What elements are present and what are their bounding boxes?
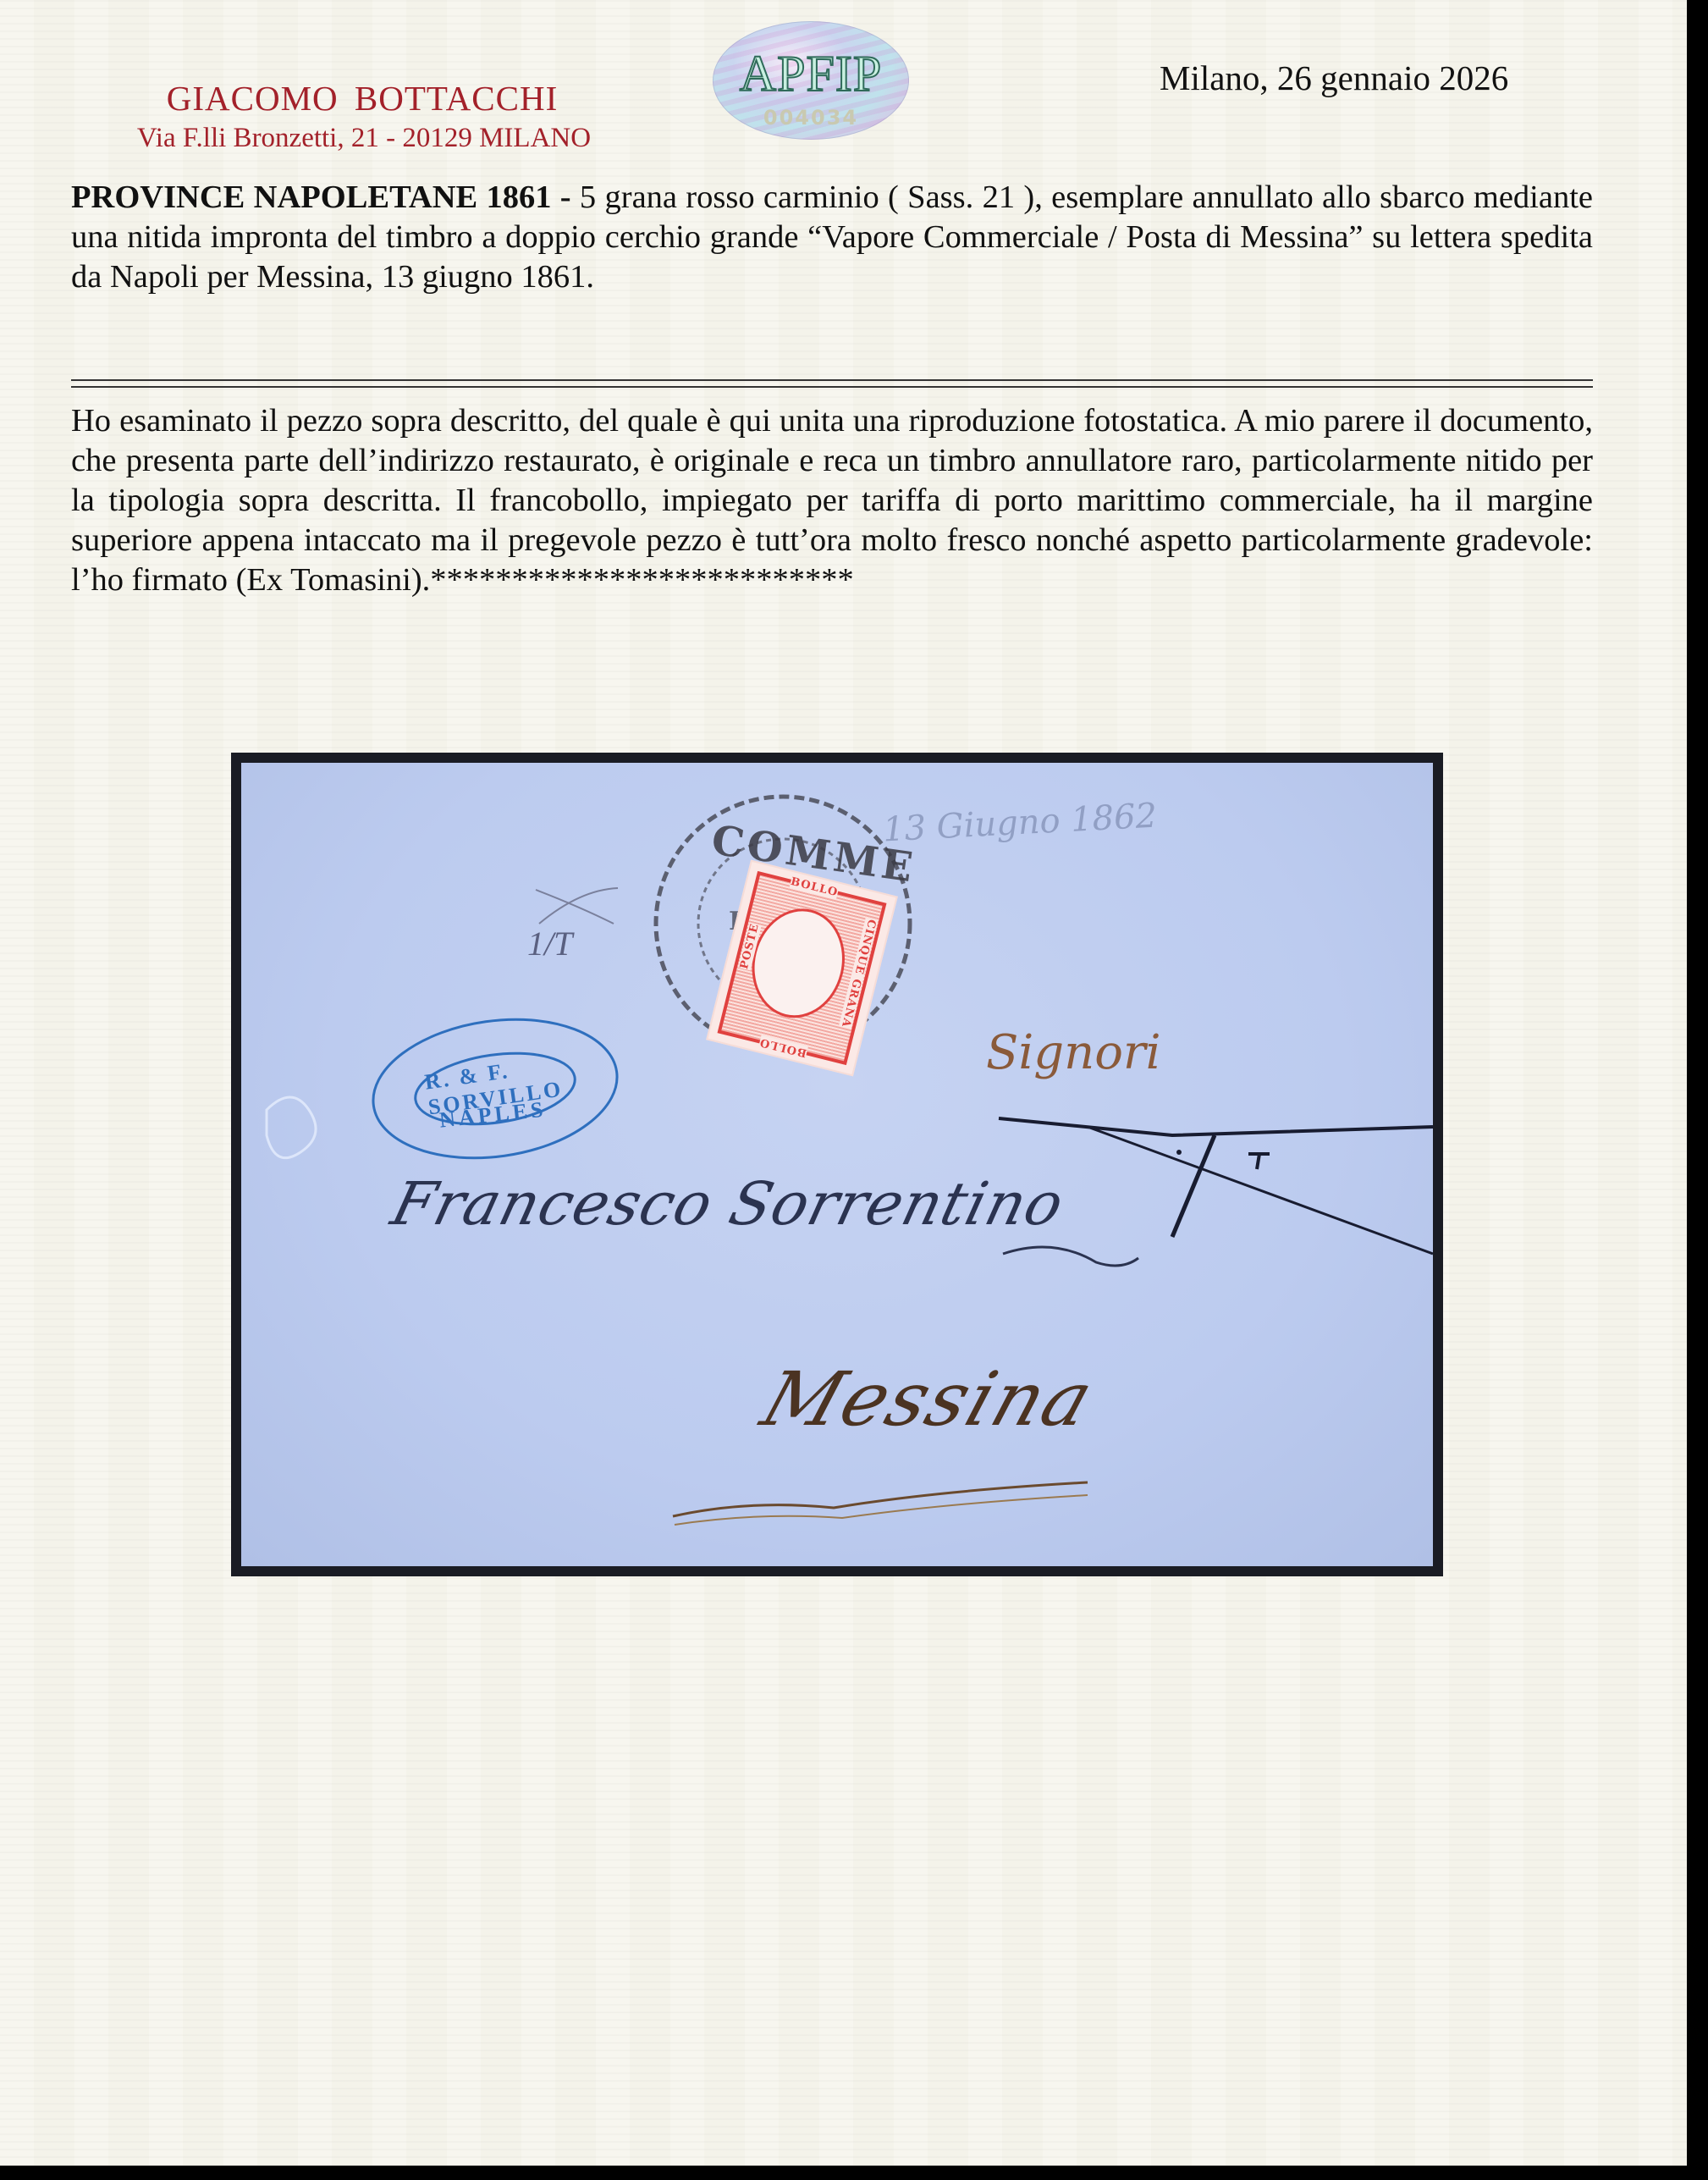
item-description: PROVINCE NAPOLETANE 1861 - 5 grana rosso… — [71, 178, 1593, 297]
sender-cachet: R. & F. SORVILLO NAPLES — [372, 1021, 617, 1156]
separator-rule — [71, 379, 1593, 381]
rate-mark: 1/T — [527, 924, 572, 963]
opinion-filler: ************************** — [430, 562, 854, 598]
place-date: Milano, 26 gennaio 2026 — [1160, 58, 1508, 98]
letter-cover: COMME POS BOLLO BOLLO POSTE CINQUE GRANA… — [241, 763, 1433, 1566]
description-lead: PROVINCE NAPOLETANE 1861 - — [71, 179, 571, 215]
letter-photo: COMME POS BOLLO BOLLO POSTE CINQUE GRANA… — [231, 753, 1443, 1576]
handwritten-destination: Messina — [752, 1355, 1105, 1443]
handwritten-addressee: Francesco Sorrentino — [385, 1169, 1072, 1239]
handwritten-salutation: Signori — [986, 1025, 1161, 1080]
expert-opinion: Ho esaminato il pezzo sopra descritto, d… — [71, 401, 1593, 600]
certificate-page: GIACOMO BOTTACCHI Via F.lli Bronzetti, 2… — [0, 0, 1687, 2166]
seal-number: 004034 — [713, 106, 909, 130]
separator-rule — [71, 386, 1593, 388]
hologram-seal-icon: APFIP 004034 — [713, 21, 909, 140]
expert-name: GIACOMO BOTTACCHI — [108, 78, 616, 119]
expert-address: Via F.lli Bronzetti, 21 - 20129 MILANO — [76, 123, 652, 154]
seal-label: APFIP — [713, 45, 909, 103]
